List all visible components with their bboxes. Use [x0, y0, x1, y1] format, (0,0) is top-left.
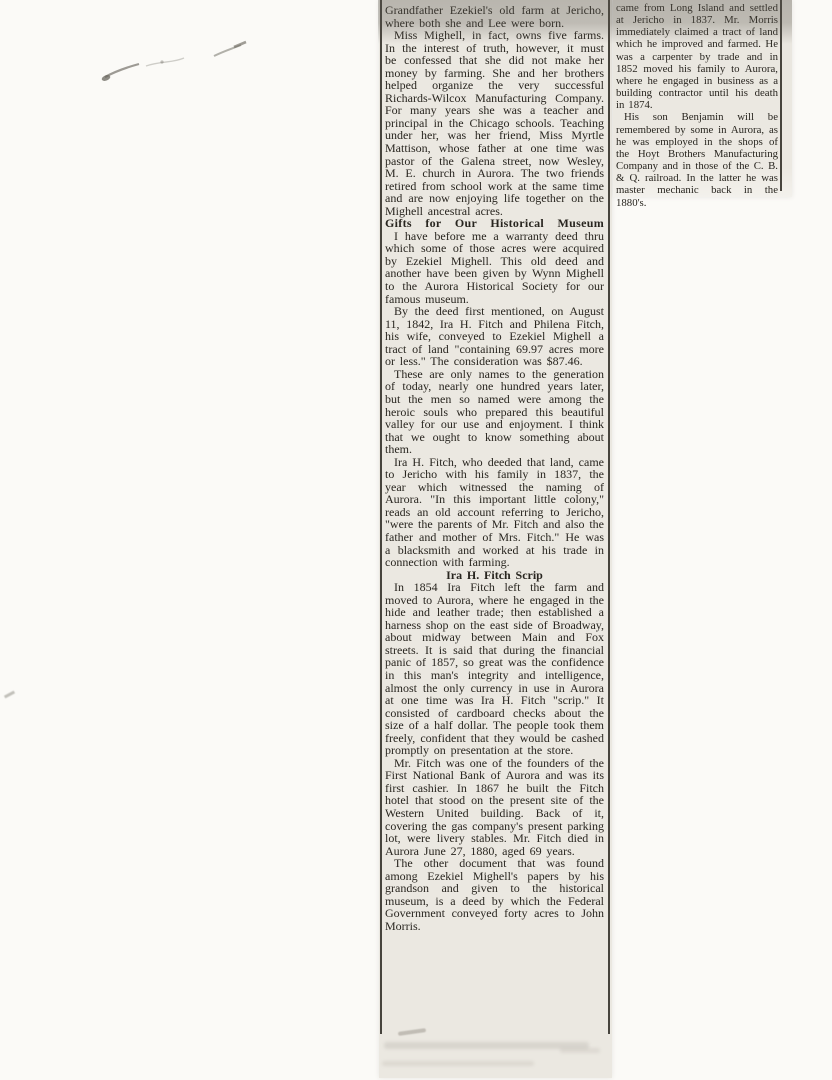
- paragraph-son-benjamin: His son Benjamin will be remembered by s…: [616, 111, 778, 208]
- paragraph-continuation: Grandfather Ezekiel's old farm at Jerich…: [385, 4, 604, 29]
- paragraph-warranty-deed: I have before me a warranty deed thru wh…: [385, 230, 604, 305]
- column-rule-left: [380, 0, 382, 1034]
- newspaper-clipping-right: came from Long Island and settled at Jer…: [613, 0, 792, 197]
- paragraph-miss-mighell: Miss Mighell, in fact, owns five farms. …: [385, 29, 604, 217]
- paragraph-ira-fitch-jericho: Ira H. Fitch, who deeded that land, came…: [385, 456, 604, 569]
- newspaper-clipping-main: Grandfather Ezekiel's old farm at Jerich…: [379, 0, 612, 1078]
- pencil-scribble-marks: [10, 5, 270, 115]
- paragraph-other-document: The other document that was found among …: [385, 857, 604, 932]
- paragraph-first-national-bank: Mr. Fitch was one of the founders of the…: [385, 757, 604, 857]
- stray-pencil-mark: [4, 691, 15, 699]
- paragraph-only-names: These are only names to the generation o…: [385, 368, 604, 456]
- paragraph-morris-long-island: came from Long Island and settled at Jer…: [616, 2, 778, 111]
- main-column-text: Grandfather Ezekiel's old farm at Jerich…: [385, 4, 604, 932]
- paragraph-fitch-scrip: In 1854 Ira Fitch left the farm and move…: [385, 581, 604, 757]
- paragraph-deed-1842: By the deed first mentioned, on August 1…: [385, 305, 604, 368]
- column-rule-right: [608, 0, 610, 1034]
- section-heading-gifts-museum: Gifts for Our Historical Museum: [385, 217, 604, 230]
- column-rule-right-fragment: [780, 0, 782, 191]
- right-column-text: came from Long Island and settled at Jer…: [616, 2, 778, 209]
- scanned-page: Grandfather Ezekiel's old farm at Jerich…: [0, 0, 832, 1080]
